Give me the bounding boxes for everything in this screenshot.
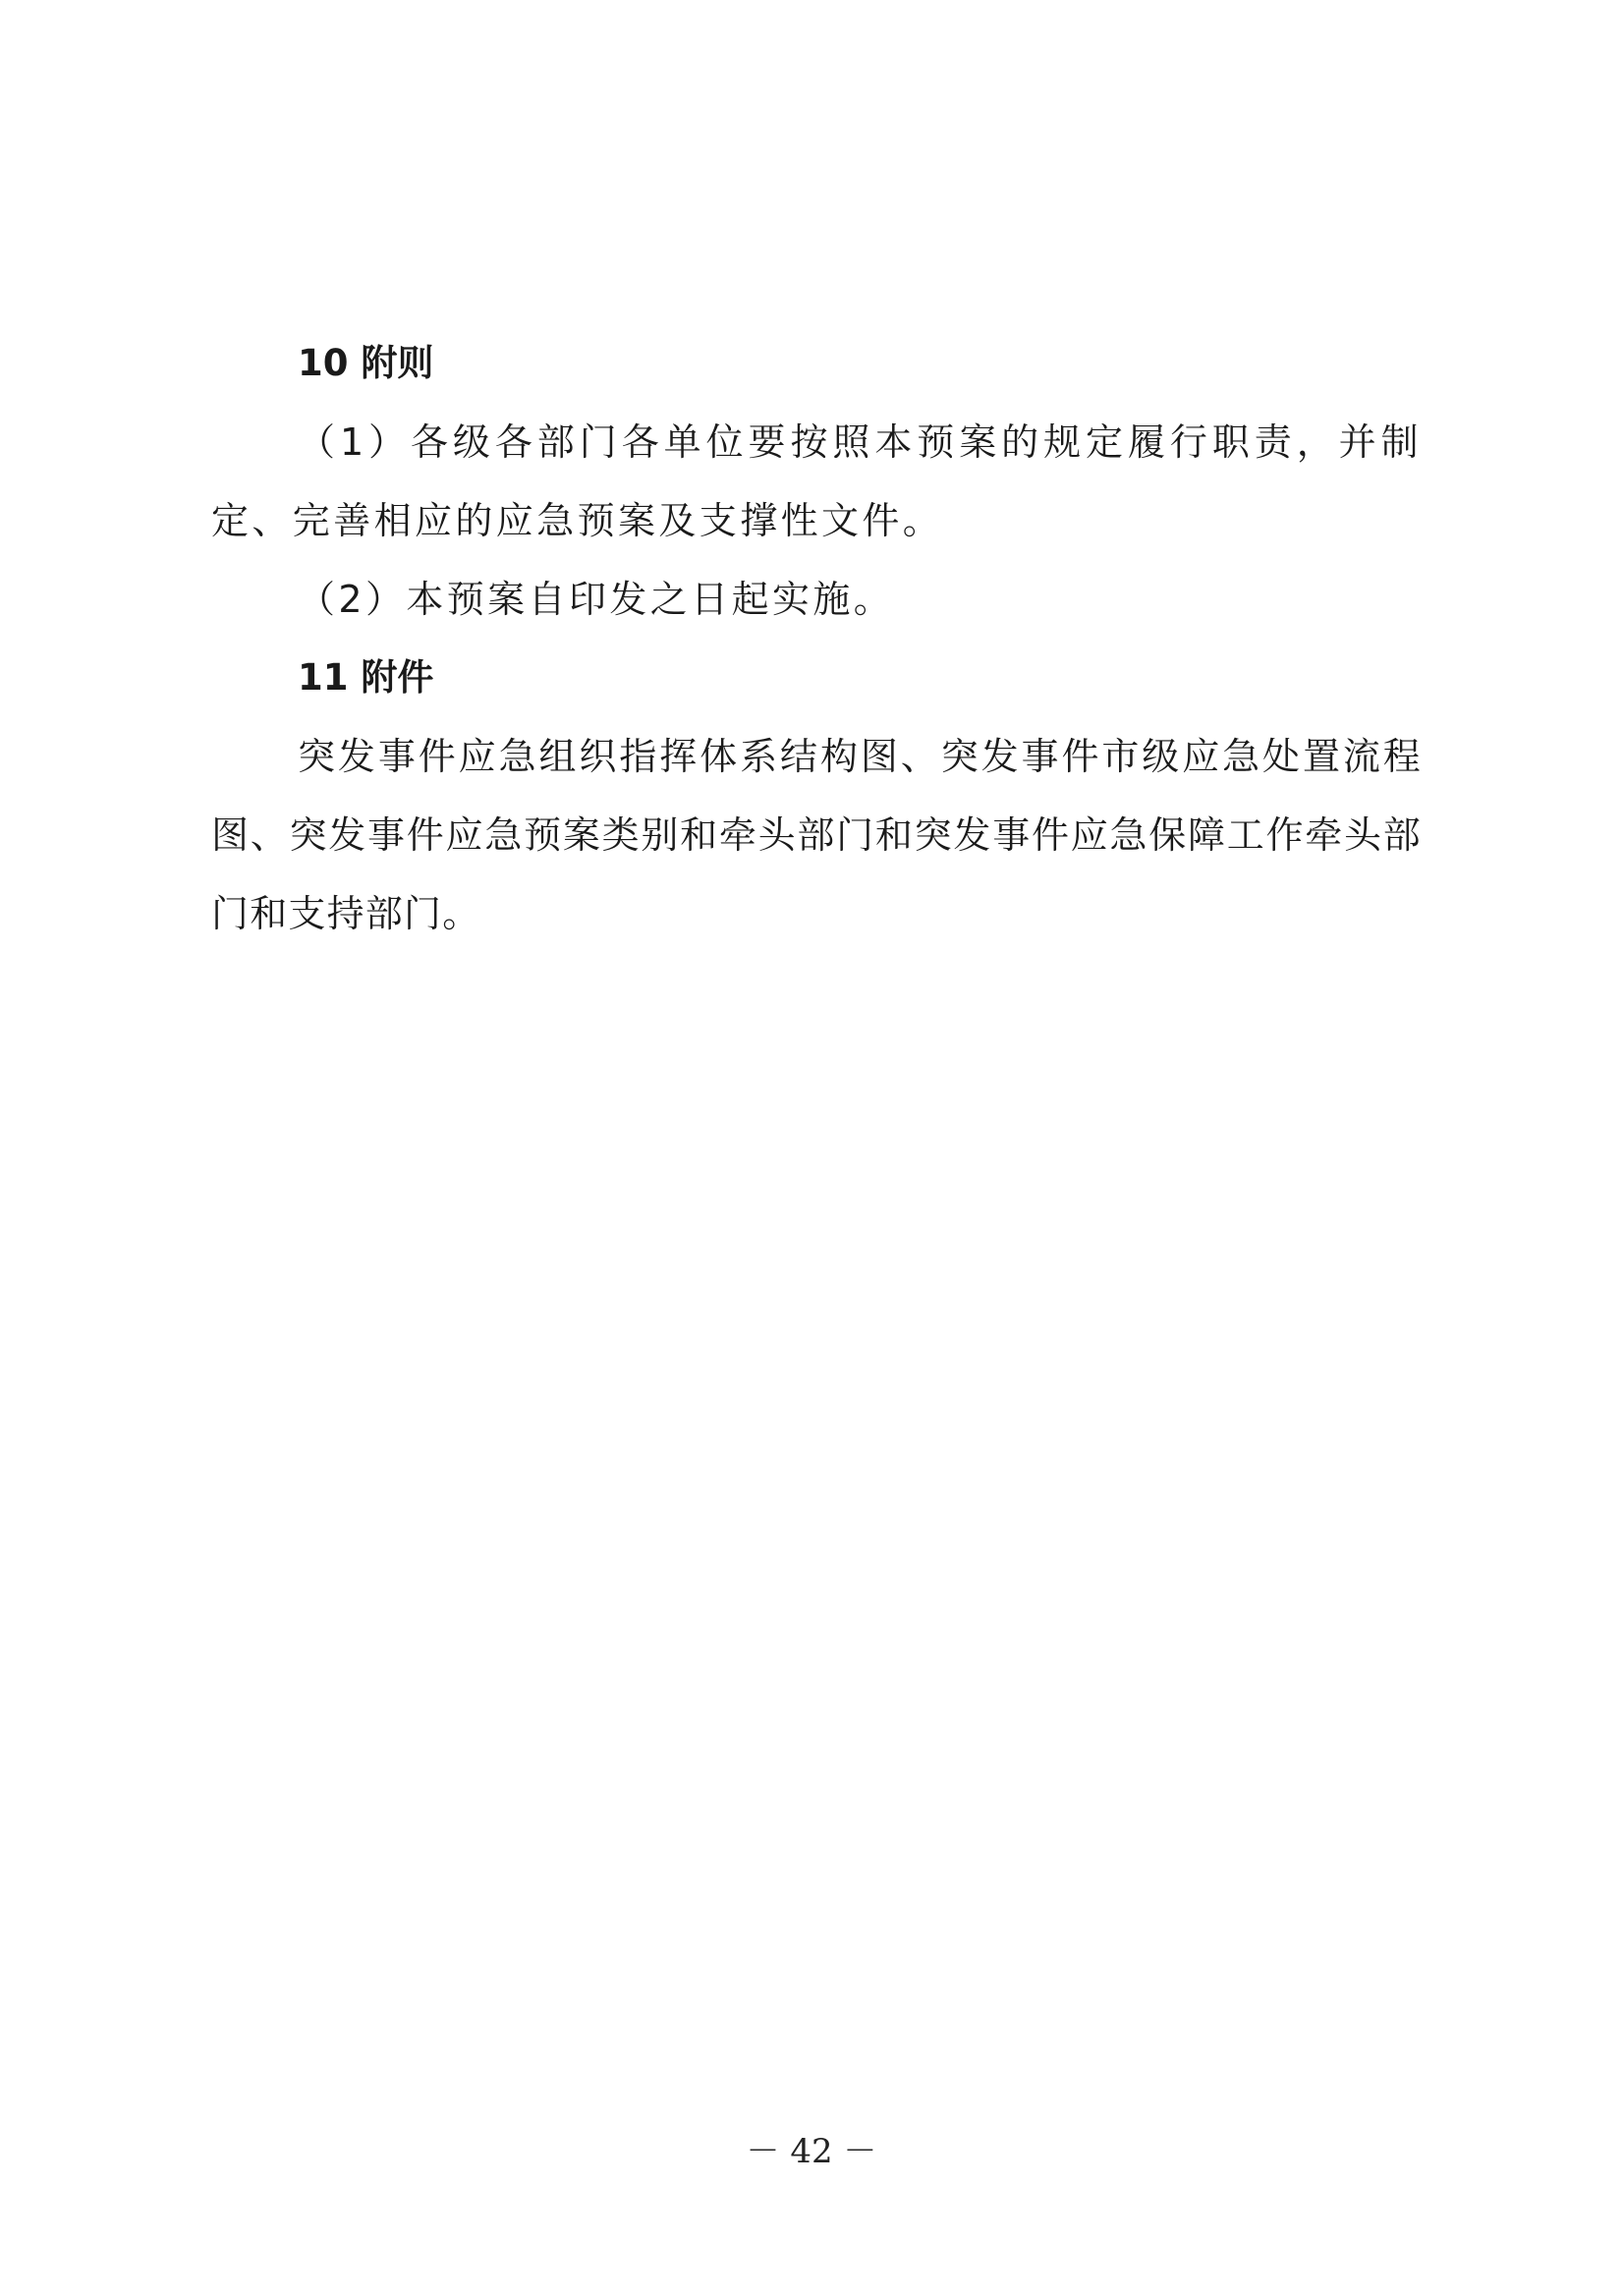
section-heading-appendix-rules: 10 附则 (211, 324, 1422, 403)
paragraph-attachments-list: 突发事件应急组织指挥体系结构图、突发事件市级应急处置流程图、突发事件应急预案类别… (211, 717, 1422, 953)
document-page: 10 附则 （1）各级各部门各单位要按照本预案的规定履行职责，并制定、完善相应的… (0, 0, 1623, 2296)
page-number: － 42 － (0, 2122, 1623, 2181)
paragraph-responsibilities: （1）各级各部门各单位要按照本预案的规定履行职责，并制定、完善相应的应急预案及支… (211, 403, 1422, 560)
paragraph-effective-date: （2）本预案自印发之日起实施。 (211, 560, 1422, 639)
page-content: 10 附则 （1）各级各部门各单位要按照本预案的规定履行职责，并制定、完善相应的… (211, 324, 1422, 953)
section-heading-attachments: 11 附件 (211, 639, 1422, 717)
